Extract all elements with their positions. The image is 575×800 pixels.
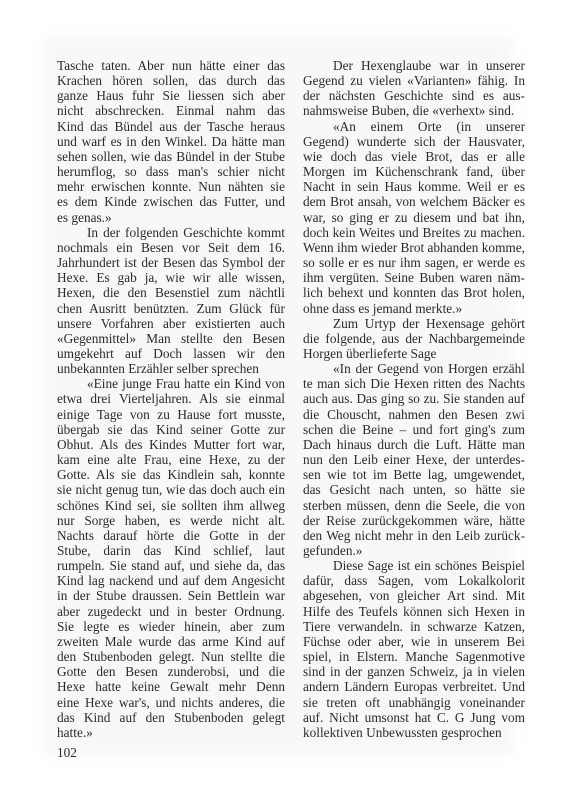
text-line: die Chouscht, nahmen den Besen zwi (303, 407, 525, 422)
text-line: Tiere verwandeln. in schwarze Katzen, (303, 619, 525, 634)
text-line: «An einem Orte (in unserer (303, 119, 525, 134)
text-line: nahmsweise Buben, die «verhext» sind. (303, 103, 525, 118)
text-line: auch aus. Das ging so zu. Sie standen au… (303, 391, 525, 406)
text-line: nur Sorge haben, es werde nicht alt. (57, 513, 285, 528)
text-line: übergab sie das Kind seiner Gotte zur (57, 422, 285, 437)
text-line: es dem Kinde zwischen das Futter, und (57, 194, 285, 209)
text-line: rumpeln. Sie stand auf, und siehe da, da… (57, 558, 285, 573)
text-line: «In der Gegend von Horgen erzähl (303, 361, 525, 376)
text-line: kollektiven Unbewussten gesprochen (303, 725, 525, 740)
text-line: Kind das Bündel aus der Tasche heraus (57, 119, 285, 134)
text-line: sie treten oft unabhängig voneinander (303, 695, 525, 710)
text-line: wie doch das viele Brot, das er alle (303, 149, 525, 164)
text-line: auf. Nicht umsonst hat C. G Jung vom (303, 710, 525, 725)
text-line: kam eine alte Frau, eine Hexe, zu der (57, 452, 285, 467)
left-text-column: Tasche taten. Aber nun hätte einer dasKr… (57, 58, 285, 740)
text-line: der nächsten Geschichte sind es aus- (303, 88, 525, 103)
text-line: in der Stube draussen. Sein Bettlein war (57, 588, 285, 603)
text-line: Gegend zu vielen «Varianten» fähig. In (303, 73, 525, 88)
text-line: sterben müssen, denn die Seele, die von (303, 498, 525, 513)
text-line: andern Ländern Europas verbreitet. Und (303, 679, 525, 694)
text-line: den Stubenboden gelegt. Nun stellte die (57, 649, 285, 664)
text-line: war, so ging er zu diesem und bat ihn, (303, 210, 525, 225)
text-line: Gotte den Besen zunderobsi, und die (57, 664, 285, 679)
text-line: aber zugedeckt und in bester Ordnung. (57, 604, 285, 619)
text-line: eine Hexe war's, und nichts anderes, die (57, 695, 285, 710)
text-line: der Reise zurückgekommen wäre, hätte (303, 513, 525, 528)
text-line: sie nicht genug tun, wie das doch auch e… (57, 482, 285, 497)
text-line: Sie legte es wieder hinein, aber zum (57, 619, 285, 634)
text-line: unbekannten Erzähler selber sprechen (57, 361, 285, 376)
text-line: herumflog, so dass man's schier nicht (57, 164, 285, 179)
text-line: unsere Vorfahren aber existierten auch (57, 316, 285, 331)
text-line: nochmals ein Besen vor Seit dem 16. (57, 240, 285, 255)
text-line: Horgen überlieferte Sage (303, 346, 525, 361)
text-line: Gotte. Als sie das Kindlein sah, konnte (57, 467, 285, 482)
text-line: Hexen, die den Besenstiel zum nächtli (57, 285, 285, 300)
text-line: ganze Haus fuhr Sie liessen sich aber (57, 88, 285, 103)
text-line: zweiten Male wurde das arme Kind auf (57, 634, 285, 649)
text-line: Stube, darin das Kind schlief, laut (57, 543, 285, 558)
text-line: Hexe hatte keine Gewalt mehr Denn (57, 679, 285, 694)
text-line: mehr erwischen konnte. Nun nähten sie (57, 179, 285, 194)
text-line: Hilfe des Teufels können sich Hexen in (303, 604, 525, 619)
text-line: den Weg nicht mehr in den Leib zurück- (303, 528, 525, 543)
text-line: Zum Urtyp der Hexensage gehört (303, 316, 525, 331)
text-line: und warf es in den Winkel. Da hätte man (57, 134, 285, 149)
text-line: dafür, dass Sagen, vom Lokalkolorit (303, 573, 525, 588)
text-line: Der Hexenglaube war in unserer (303, 58, 525, 73)
text-line: sehen sollen, wie das Bündel in der Stub… (57, 149, 285, 164)
text-line: nun den Leib einer Hexe, der unterdes- (303, 452, 525, 467)
right-text-column: Der Hexenglaube war in unsererGegend zu … (303, 58, 525, 740)
text-line: Kind lag nackend und auf dem Angesicht (57, 573, 285, 588)
text-line: schen die Beine – und fort ging's zum (303, 422, 525, 437)
text-line: abgesehen, von gleicher Art sind. Mit (303, 588, 525, 603)
text-line: nicht abschrecken. Einmal nahm das (57, 103, 285, 118)
text-line: sind in der ganzen Schweiz, ja in vielen (303, 664, 525, 679)
text-line: hatte.» (57, 725, 285, 740)
text-line: Wenn ihm wieder Brot abhanden komme, (303, 240, 525, 255)
text-line: ihm vergüten. Seine Buben waren näm- (303, 270, 525, 285)
text-line: In der folgenden Geschichte kommt (57, 225, 285, 240)
text-line: Krachen hören sollen, das durch das (57, 73, 285, 88)
text-line: das Gesicht nach unten, so hätte sie (303, 482, 525, 497)
text-line: ohne dass es jemand merkte.» (303, 301, 525, 316)
text-line: dem Brot ansah, von welchem Bäcker es (303, 194, 525, 209)
text-line: Nachts darauf hörte die Gotte in der (57, 528, 285, 543)
text-line: einige Tage von zu Hause fort musste, (57, 407, 285, 422)
text-line: etwa drei Vierteljahren. Als sie einmal (57, 391, 285, 406)
text-line: schönes Kind sei, sie sollten ihm allweg (57, 498, 285, 513)
text-line: Nacht in sein Haus komme. Weil er es (303, 179, 525, 194)
text-line: so solle er es nur ihm sagen, er werde e… (303, 255, 525, 270)
text-line: Jahrhundert ist der Besen das Symbol der (57, 255, 285, 270)
page-number: 102 (57, 745, 77, 761)
text-line: sen wie tot im Bette lag, umgewendet, (303, 467, 525, 482)
text-line: te man sich Die Hexen ritten des Nachts (303, 376, 525, 391)
text-line: spiel, in Elstern. Manche Sagenmotive (303, 649, 525, 664)
text-line: Dach hinaus durch die Luft. Hätte man (303, 437, 525, 452)
text-line: Diese Sage ist ein schönes Beispiel (303, 558, 525, 573)
text-line: es genas.» (57, 210, 285, 225)
text-line: doch kein Weites und Breites zu machen. (303, 225, 525, 240)
text-line: Morgen im Küchenschrank fand, über (303, 164, 525, 179)
text-line: Gegend) wunderte sich der Hausvater, (303, 134, 525, 149)
text-line: die folgende, aus der Nachbargemeinde (303, 331, 525, 346)
book-page: Tasche taten. Aber nun hätte einer dasKr… (0, 0, 575, 800)
text-line: das Kind auf den Stubenboden gelegt (57, 710, 285, 725)
text-line: umgekehrt auf Doch lassen wir den (57, 346, 285, 361)
text-line: Obhut. Als des Kindes Mutter fort war, (57, 437, 285, 452)
text-line: Füchse oder aber, wie in unserem Bei (303, 634, 525, 649)
text-line: Hexe. Es gab ja, wie wir alle wissen, (57, 270, 285, 285)
text-line: chen Ausritt benützten. Zum Glück für (57, 301, 285, 316)
text-line: gefunden.» (303, 543, 525, 558)
text-line: «Gegenmittel» Man stellte den Besen (57, 331, 285, 346)
text-line: «Eine junge Frau hatte ein Kind von (57, 376, 285, 391)
text-line: Tasche taten. Aber nun hätte einer das (57, 58, 285, 73)
text-line: lich behext und konnten das Brot holen, (303, 285, 525, 300)
